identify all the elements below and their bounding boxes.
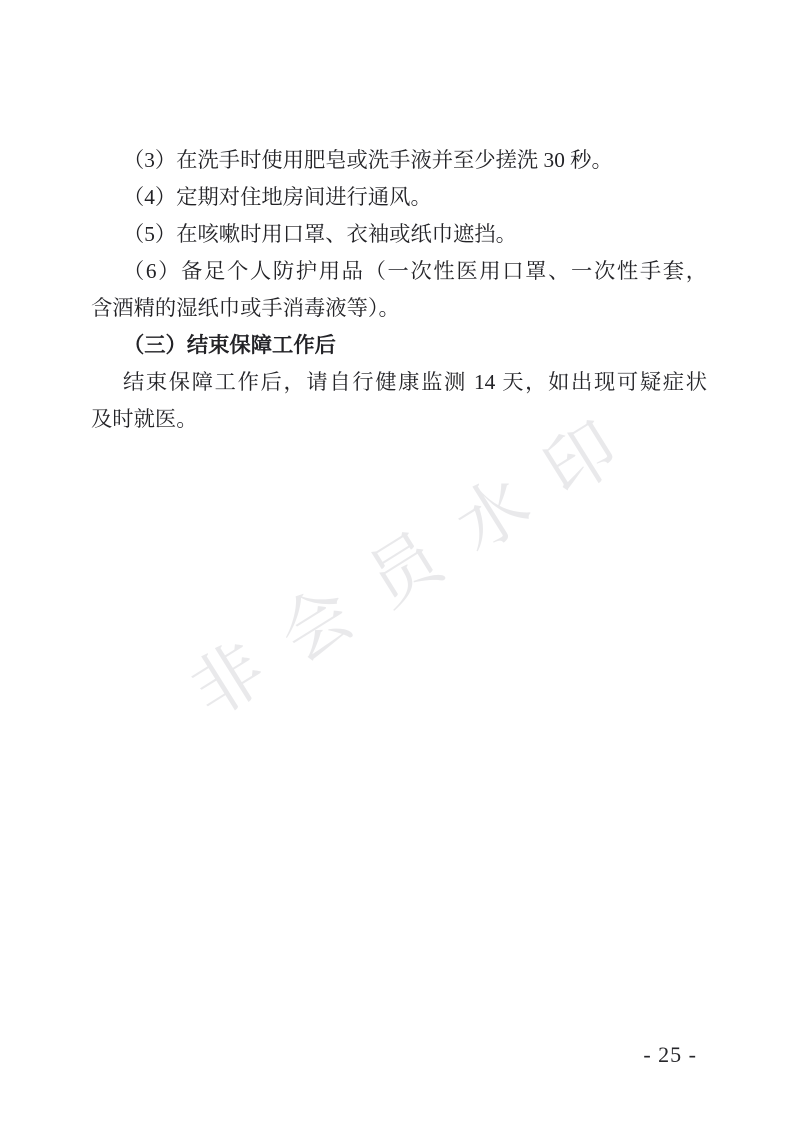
list-item-6-line-1: （6）备足个人防护用品（一次性医用口罩、一次性手套， [91, 253, 707, 290]
document-page: 非会员水印 （3）在洗手时使用肥皂或洗手液并至少搓洗 30 秒。 （4）定期对住… [0, 0, 793, 1122]
list-item-5: （5）在咳嗽时用口罩、衣袖或纸巾遮挡。 [91, 216, 707, 253]
list-item-6-line-2: 含酒精的湿纸巾或手消毒液等）。 [91, 290, 707, 327]
paragraph-line-2: 及时就医。 [91, 401, 707, 438]
document-body: （3）在洗手时使用肥皂或洗手液并至少搓洗 30 秒。 （4）定期对住地房间进行通… [91, 142, 707, 438]
page-number: - 25 - [643, 1042, 697, 1068]
paragraph-line-1: 结束保障工作后，请自行健康监测 14 天，如出现可疑症状 [91, 364, 707, 401]
section-heading: （三）结束保障工作后 [91, 327, 707, 364]
list-item-4: （4）定期对住地房间进行通风。 [91, 179, 707, 216]
list-item-3: （3）在洗手时使用肥皂或洗手液并至少搓洗 30 秒。 [91, 142, 707, 179]
